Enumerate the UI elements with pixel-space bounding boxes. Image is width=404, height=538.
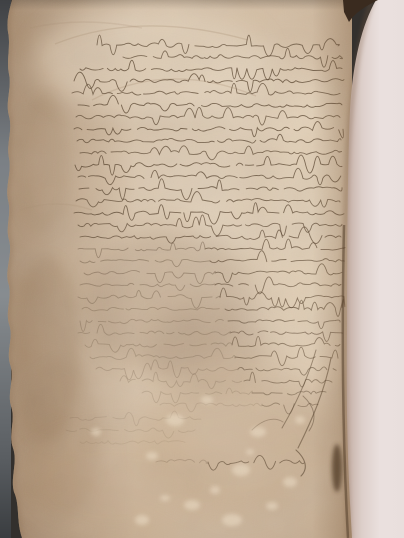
manuscript-photograph bbox=[0, 0, 404, 538]
manuscript-photo-canvas bbox=[0, 0, 404, 538]
photo-stage bbox=[0, 0, 404, 538]
page-surface bbox=[0, 0, 354, 538]
gutter-dark-blotch bbox=[332, 444, 342, 492]
paper-grain-texture bbox=[0, 0, 352, 538]
